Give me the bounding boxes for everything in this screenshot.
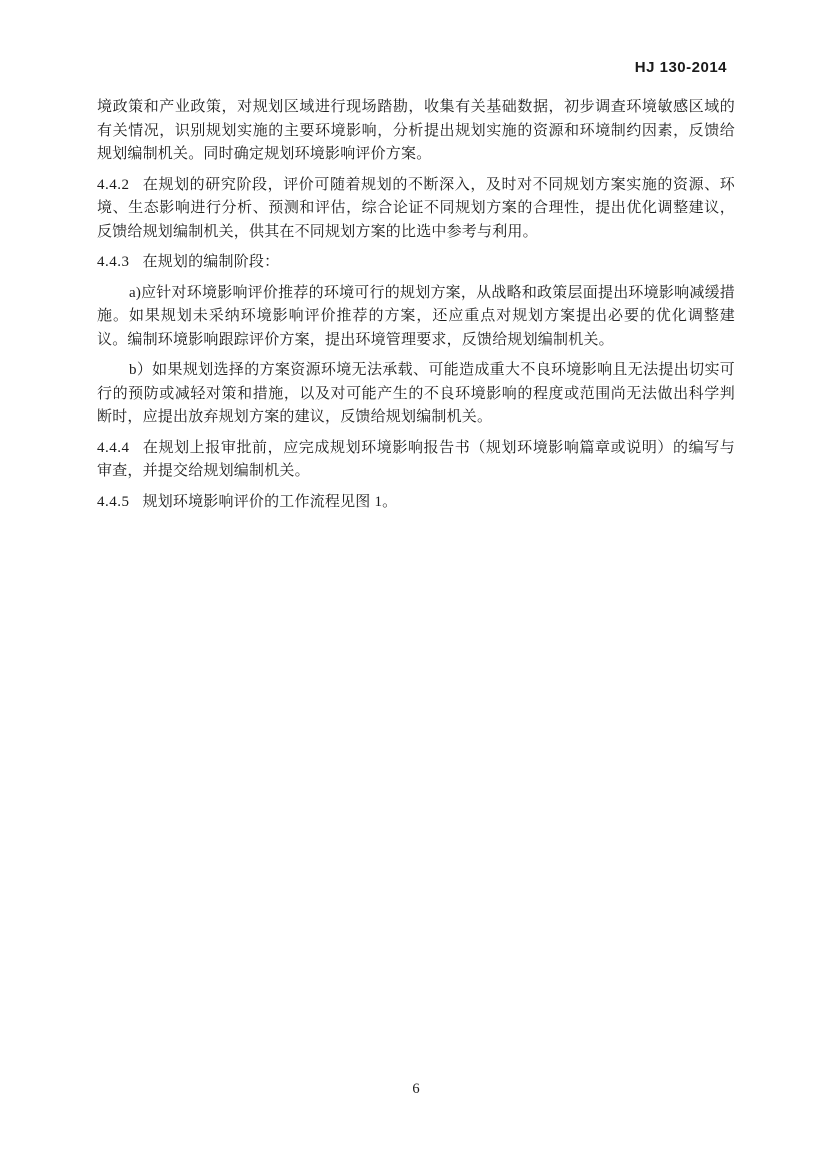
section-text: 在规划的研究阶段，评价可随着规划的不断深入，及时对不同规划方案实施的资源、环境、… — [97, 177, 735, 240]
section-text: 在规划的编制阶段： — [143, 254, 280, 270]
list-item-b: b）如果规划选择的方案资源环境无法承载、可能造成重大不良环境影响且无法提出切实可… — [97, 359, 735, 430]
section-number: 4.4.4 — [97, 437, 130, 461]
paragraph-continuation: 境政策和产业政策，对规划区域进行现场踏勘，收集有关基础数据，初步调查环境敏感区域… — [97, 96, 735, 167]
section-text: 在规划上报审批前，应完成规划环境影响报告书（规划环境影响篇章或说明）的编写与审查… — [97, 440, 735, 480]
section-text: 规划环境影响评价的工作流程见图 1。 — [143, 494, 398, 510]
document-page: HJ 130-2014 境政策和产业政策，对规划区域进行现场踏勘，收集有关基础数… — [0, 0, 827, 1169]
page-number: 6 — [97, 1081, 735, 1098]
section-4-4-2: 4.4.2在规划的研究阶段，评价可随着规划的不断深入，及时对不同规划方案实施的资… — [97, 174, 735, 245]
document-body: 境政策和产业政策，对规划区域进行现场踏勘，收集有关基础数据，初步调查环境敏感区域… — [97, 96, 735, 521]
section-4-4-4: 4.4.4在规划上报审批前，应完成规划环境影响报告书（规划环境影响篇章或说明）的… — [97, 437, 735, 484]
section-number: 4.4.5 — [97, 491, 130, 515]
document-number-header: HJ 130-2014 — [635, 59, 727, 76]
section-4-4-5: 4.4.5规划环境影响评价的工作流程见图 1。 — [97, 491, 735, 515]
section-number: 4.4.2 — [97, 174, 130, 198]
list-item-a: a)应针对环境影响评价推荐的环境可行的规划方案，从战略和政策层面提出环境影响减缓… — [97, 282, 735, 353]
section-number: 4.4.3 — [97, 251, 130, 275]
section-4-4-3: 4.4.3在规划的编制阶段： — [97, 251, 735, 275]
